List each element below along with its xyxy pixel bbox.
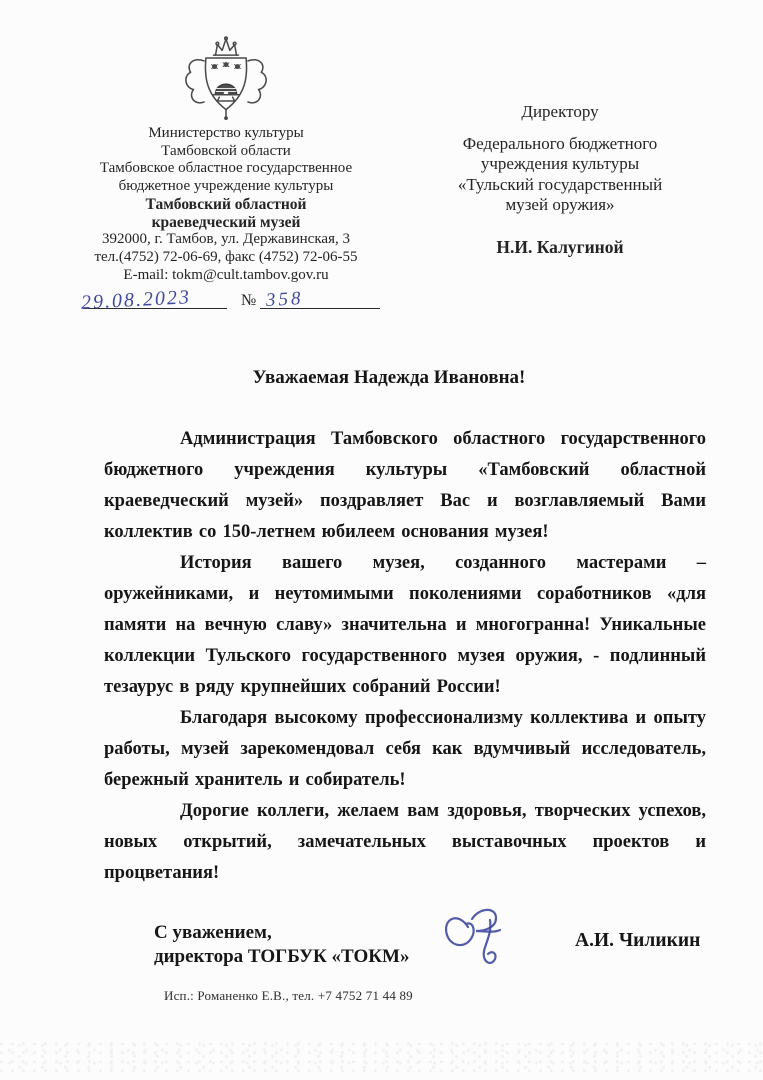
recipient-name: Н.И. Калугиной (430, 237, 690, 258)
org-type-line-2: бюджетное учреждение культуры (65, 178, 387, 196)
signoff-line-1: С уважением, (154, 921, 409, 945)
org-name-line-1: Тамбовский областной (65, 196, 387, 214)
paragraph: Дорогие коллеги, желаем вам здоровья, тв… (104, 796, 706, 889)
handwritten-number: 358 (266, 290, 304, 310)
paragraph: Благодаря высокому профессионализму колл… (104, 703, 706, 796)
scan-noise-band (0, 1041, 763, 1073)
org-name-line-2: краеведческий музей (65, 214, 387, 232)
letterhead-block: Министерство культуры Тамбовской области… (65, 36, 387, 309)
number-sign: № (241, 292, 256, 310)
recipient-org-line-3: «Тульский государственный (430, 175, 690, 196)
paragraph: Администрация Тамбовского областного гос… (104, 424, 706, 548)
bee-icon (235, 65, 241, 69)
outgoing-reference-line: 29.08.2023 № 358 (83, 287, 387, 309)
recipient-org-line-4: музей оружия» (430, 195, 690, 216)
paragraph: История вашего музея, созданного мастера… (104, 548, 706, 703)
ministry-line-2: Тамбовской области (65, 143, 387, 161)
recipient-org-line-1: Федерального бюджетного (430, 134, 690, 155)
number-underline: 358 (260, 289, 380, 310)
executor-line: Исп.: Романенко Е.В., тел. +7 4752 71 44… (164, 988, 413, 1004)
recipient-org-line-2: учреждения культуры (430, 154, 690, 175)
handwritten-signature-icon (438, 905, 518, 977)
org-type-line-1: Тамбовское областное государственное (65, 160, 387, 178)
handwritten-date: 29.08.2023 (81, 289, 192, 312)
signoff-line-2: директора ТОГБУК «ТОКМ» (154, 945, 409, 969)
org-phones: тел.(4752) 72-06-69, факс (4752) 72-06-5… (65, 249, 387, 267)
ministry-line-1: Министерство культуры (65, 125, 387, 143)
signatory-name: А.И. Чиликин (575, 930, 700, 952)
salutation: Уважаемая Надежда Ивановна! (65, 367, 713, 389)
org-email: E-mail: tokm@cult.tambov.gov.ru (65, 267, 387, 285)
tambov-coat-of-arms-icon (178, 36, 274, 122)
scanned-letter-page: Министерство культуры Тамбовской области… (0, 0, 763, 1080)
recipient-title: Директору (430, 102, 690, 123)
signoff-block: С уважением, директора ТОГБУК «ТОКМ» (154, 921, 409, 968)
recipient-block: Директору Федерального бюджетного учрежд… (430, 102, 690, 257)
date-underline: 29.08.2023 (83, 289, 227, 310)
org-address: 392000, г. Тамбов, ул. Державинская, 3 (65, 231, 387, 249)
bee-icon (223, 63, 229, 67)
bee-icon (212, 65, 218, 69)
letter-body: Администрация Тамбовского областного гос… (104, 424, 706, 889)
